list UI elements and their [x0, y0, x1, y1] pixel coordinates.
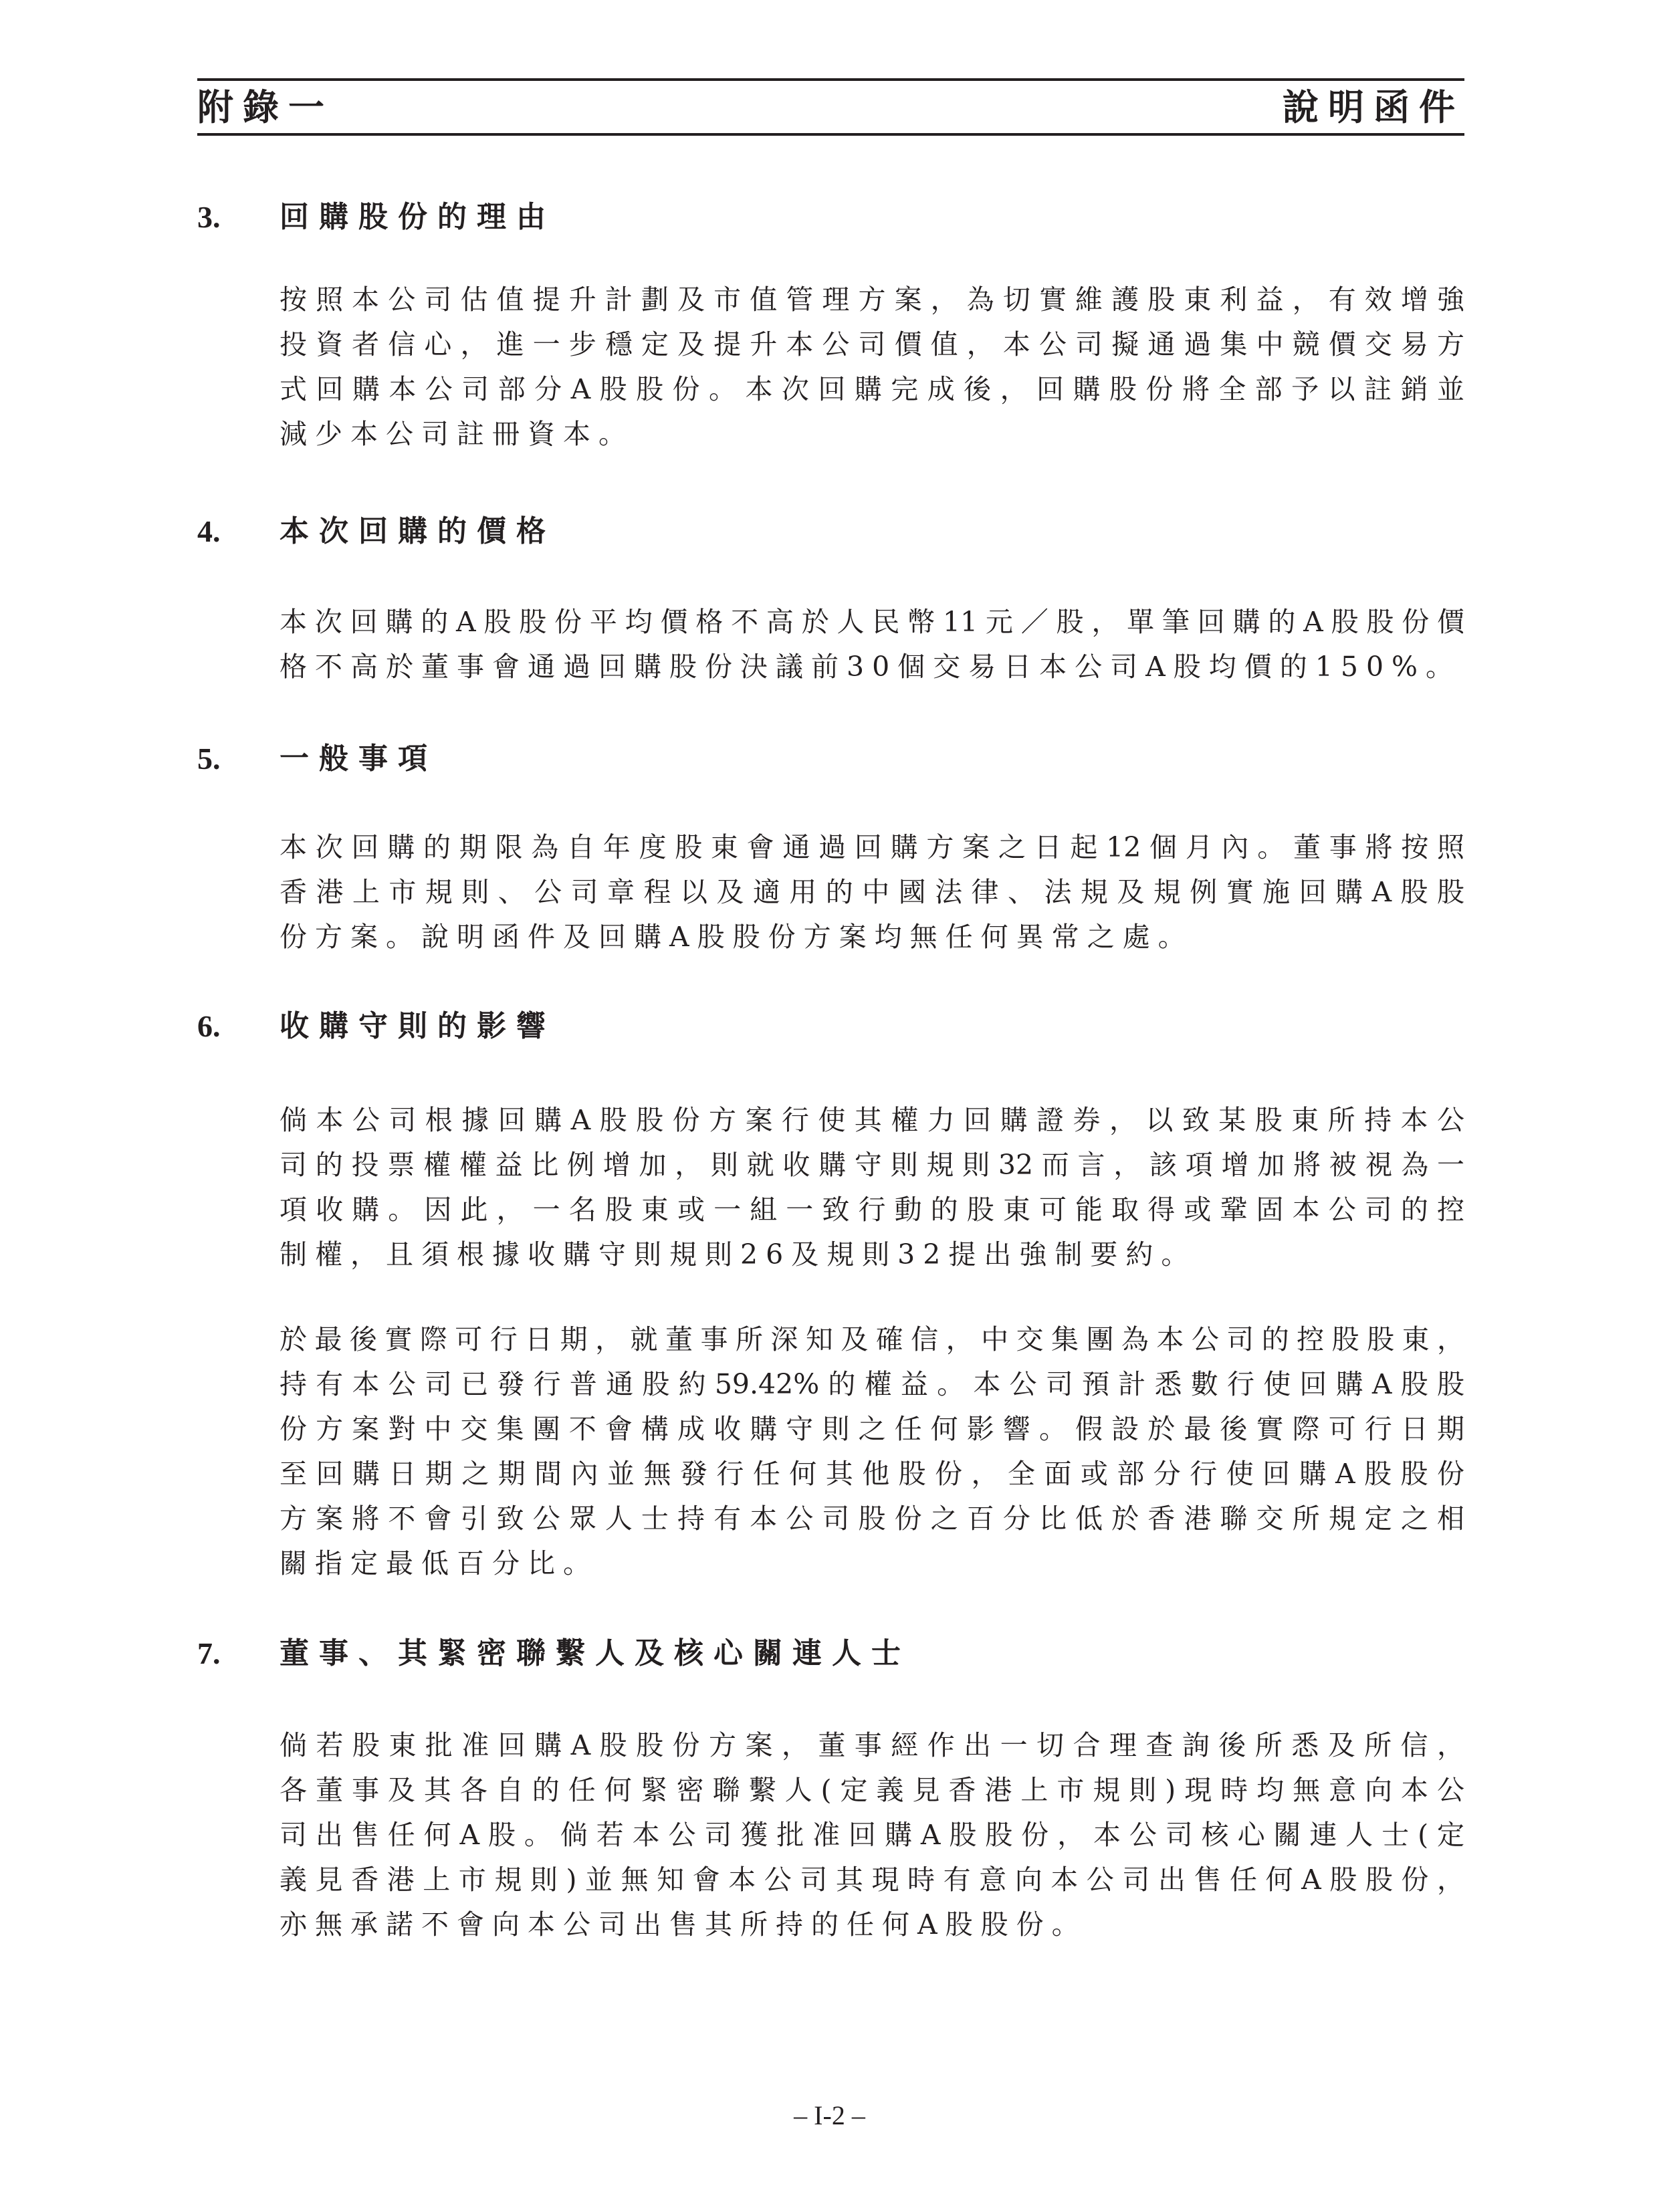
section-title: 一般事項 — [280, 742, 437, 776]
paragraph: 於最後實際可行日期，就董事所深知及確信，中交集團為本公司的控股股東， 持有本公司… — [280, 1323, 1464, 1591]
text-line: 份方案。說明函件及回購A股股份方案均無任何異常之處。 — [280, 920, 1464, 965]
text-line: 格不高於董事會通過回購股份決議前30個交易日本公司A股均價的150%。 — [280, 650, 1464, 695]
text-line: 司的投票權權益比例增加，則就收購守則規則32而言，該項增加將被視為一 — [280, 1148, 1464, 1193]
text-line: 投資者信心，進一步穩定及提升本公司價值，本公司擬通過集中競價交易方 — [280, 328, 1464, 372]
section-number: 3. — [197, 201, 221, 234]
section-number: 7. — [197, 1637, 221, 1670]
text-line: 按照本公司估值提升計劃及市值管理方案，為切實維護股東利益，有效增強 — [280, 283, 1464, 328]
section-7: 7. 董事、其緊密聯繫人及核心關連人士 倘若股東批准回購A股股份方案，董事經作出… — [197, 1637, 1464, 1677]
text-line: 方案將不會引致公眾人士持有本公司股份之百分比低於香港聯交所規定之相 — [280, 1502, 1464, 1547]
text-line: 司出售任何A股。倘若本公司獲批准回購A股股份，本公司核心關連人士(定 — [280, 1818, 1464, 1863]
page-number: – I-2 – — [0, 2100, 1659, 2131]
paragraph: 本次回購的A股股份平均價格不高於人民幣11元／股，單筆回購的A股股份價 格不高於… — [280, 605, 1464, 695]
text-line: 於最後實際可行日期，就董事所深知及確信，中交集團為本公司的控股股東， — [280, 1323, 1464, 1367]
section-heading: 5. 一般事項 — [197, 742, 1464, 782]
section-number: 6. — [197, 1010, 221, 1043]
text-line: 至回購日期之期間內並無發行任何其他股份，全面或部分行使回購A股股份 — [280, 1457, 1464, 1502]
section-6: 6. 收購守則的影響 倘本公司根據回購A股股份方案行使其權力回購證券，以致某股東… — [197, 1010, 1464, 1050]
text-line: 倘本公司根據回購A股股份方案行使其權力回購證券，以致某股東所持本公 — [280, 1103, 1464, 1148]
paragraph: 按照本公司估值提升計劃及市值管理方案，為切實維護股東利益，有效增強 投資者信心，… — [280, 283, 1464, 462]
paragraph: 本次回購的期限為自年度股東會通過回購方案之日起12個月內。董事將按照 香港上市規… — [280, 831, 1464, 965]
text-line: 項收購。因此，一名股東或一組一致行動的股東可能取得或鞏固本公司的控 — [280, 1193, 1464, 1238]
section-heading: 7. 董事、其緊密聯繫人及核心關連人士 — [197, 1637, 1464, 1677]
section-title: 回購股份的理由 — [280, 201, 556, 234]
text-line: 本次回購的期限為自年度股東會通過回購方案之日起12個月內。董事將按照 — [280, 831, 1464, 875]
text-line: 倘若股東批准回購A股股份方案，董事經作出一切合理查詢後所悉及所信， — [280, 1729, 1464, 1773]
text-line: 本次回購的A股股份平均價格不高於人民幣11元／股，單筆回購的A股股份價 — [280, 605, 1464, 650]
section-title: 董事、其緊密聯繫人及核心關連人士 — [280, 1637, 911, 1670]
text-line: 減少本公司註冊資本。 — [280, 417, 1464, 462]
section-heading: 6. 收購守則的影響 — [197, 1010, 1464, 1050]
section-5: 5. 一般事項 本次回購的期限為自年度股東會通過回購方案之日起12個月內。董事將… — [197, 742, 1464, 782]
section-heading: 4. 本次回購的價格 — [197, 515, 1464, 555]
text-line: 持有本公司已發行普通股約59.42%的權益。本公司預計悉數行使回購A股股 — [280, 1367, 1464, 1412]
section-heading: 3. 回購股份的理由 — [197, 201, 1464, 241]
header-top-rule — [197, 78, 1464, 81]
text-line: 式回購本公司部分A股股份。本次回購完成後，回購股份將全部予以註銷並 — [280, 372, 1464, 417]
text-line: 份方案對中交集團不會構成收購守則之任何影響。假設於最後實際可行日期 — [280, 1412, 1464, 1457]
section-4: 4. 本次回購的價格 本次回購的A股股份平均價格不高於人民幣11元／股，單筆回購… — [197, 515, 1464, 555]
appendix-title: 附錄一 — [197, 86, 334, 128]
section-number: 5. — [197, 742, 221, 776]
text-line: 亦無承諾不會向本公司出售其所持的任何A股股份。 — [280, 1908, 1464, 1953]
text-line: 義見香港上市規則)並無知會本公司其現時有意向本公司出售任何A股股份， — [280, 1863, 1464, 1908]
text-line: 香港上市規則、公司章程以及適用的中國法律、法規及規例實施回購A股股 — [280, 875, 1464, 920]
header-bottom-rule — [197, 133, 1464, 136]
text-line: 制權，且須根據收購守則規則26及規則32提出強制要約。 — [280, 1238, 1464, 1283]
paragraph: 倘若股東批准回購A股股份方案，董事經作出一切合理查詢後所悉及所信， 各董事及其各… — [280, 1729, 1464, 1953]
section-title: 本次回購的價格 — [280, 515, 556, 548]
section-number: 4. — [197, 515, 221, 548]
section-title: 收購守則的影響 — [280, 1010, 556, 1043]
text-line: 關指定最低百分比。 — [280, 1547, 1464, 1591]
paragraph: 倘本公司根據回購A股股份方案行使其權力回購證券，以致某股東所持本公 司的投票權權… — [280, 1103, 1464, 1283]
section-3: 3. 回購股份的理由 按照本公司估值提升計劃及市值管理方案，為切實維護股東利益，… — [197, 201, 1464, 241]
text-line: 各董事及其各自的任何緊密聯繫人(定義見香港上市規則)現時均無意向本公 — [280, 1773, 1464, 1818]
document-title: 說明函件 — [1283, 86, 1464, 128]
